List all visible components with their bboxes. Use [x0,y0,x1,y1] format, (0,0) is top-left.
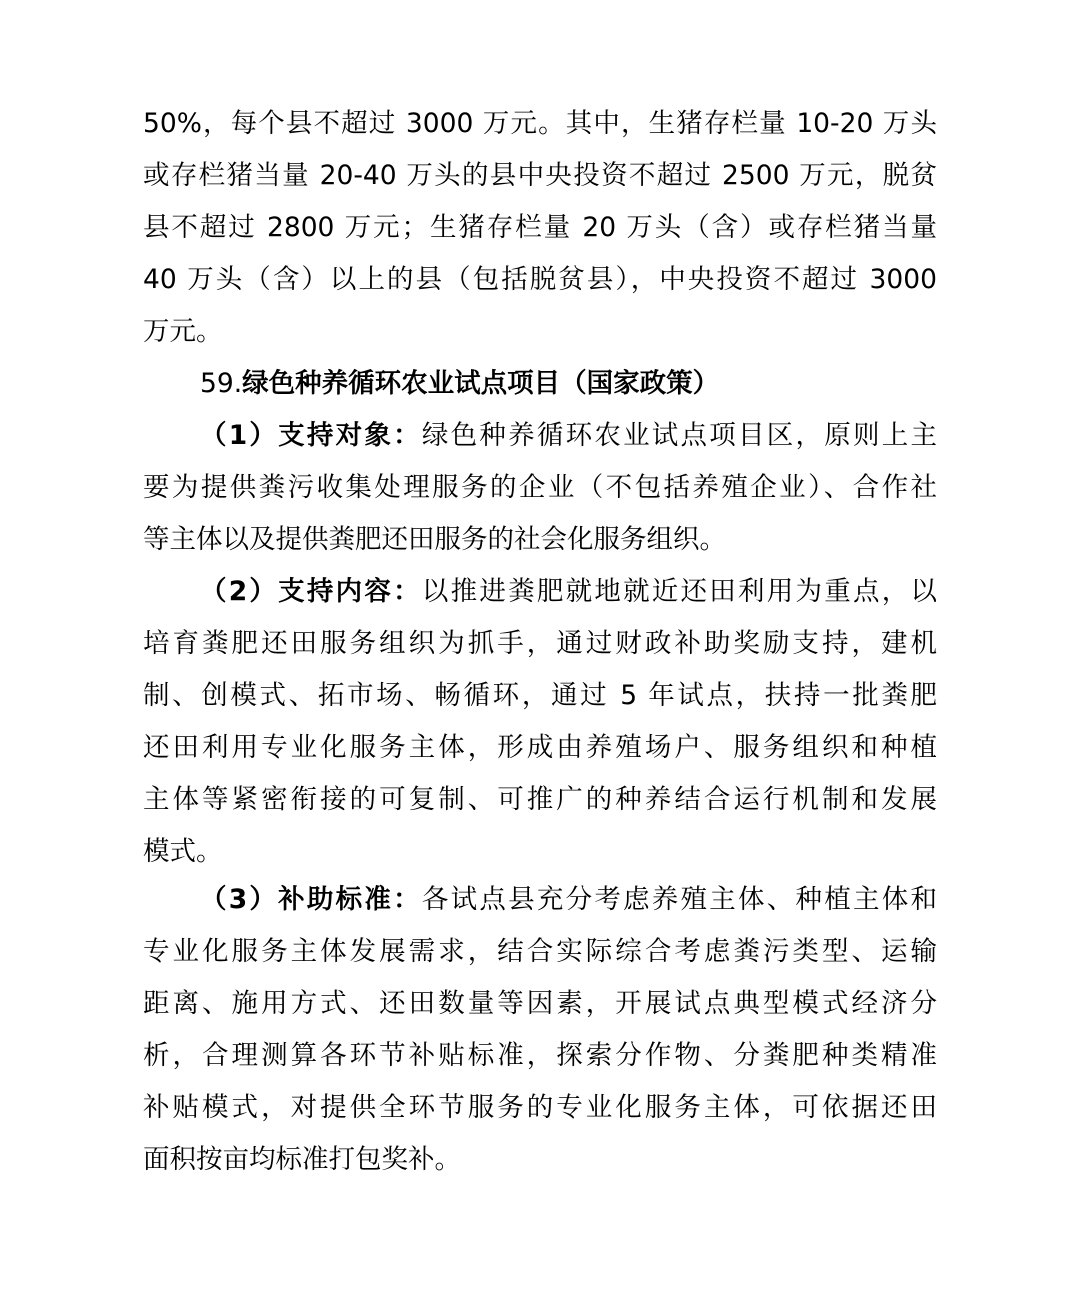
item-1-first-line: （1）支持对象：绿色种养循环农业试点项目区，原则上主 [200,416,937,456]
item-text: 绿色种养循环农业试点项目区，原则上主 [422,420,937,451]
paragraph-line: 距离、施用方式、还田数量等因素，开展试点典型模式经济分 [143,984,937,1024]
item-label: （3）补助标准： [200,884,422,915]
item-text: 以推进粪肥就地就近还田利用为重点，以 [422,576,937,607]
paragraph-line: 析，合理测算各环节补贴标准，探索分作物、分粪肥种类精准 [143,1036,937,1076]
document-page: 50%，每个县不超过 3000 万元。其中，生猪存栏量 10-20 万头 或存栏… [0,0,1068,1296]
item-3-first-line: （3）补助标准：各试点县充分考虑养殖主体、种植主体和 [200,880,937,920]
paragraph-line: 模式。 [143,832,937,872]
paragraph-line: 培育粪肥还田服务组织为抓手，通过财政补助奖励支持，建机 [143,624,937,664]
paragraph-line: 万元。 [143,312,937,352]
paragraph-line: 或存栏猪当量 20-40 万头的县中央投资不超过 2500 万元，脱贫 [143,156,937,196]
paragraph-line: 主体等紧密衔接的可复制、可推广的种养结合运行机制和发展 [143,780,937,820]
paragraph-line: 50%，每个县不超过 3000 万元。其中，生猪存栏量 10-20 万头 [143,104,937,144]
paragraph-line: 还田利用专业化服务主体，形成由养殖场户、服务组织和种植 [143,728,937,768]
paragraph-line: 面积按亩均标准打包奖补。 [143,1140,937,1180]
paragraph-line: 要为提供粪污收集处理服务的企业（不包括养殖企业）、合作社 [143,468,937,508]
paragraph-line: 等主体以及提供粪肥还田服务的社会化服务组织。 [143,520,937,560]
item-label: （1）支持对象： [200,420,422,451]
paragraph-line: 县不超过 2800 万元；生猪存栏量 20 万头（含）或存栏猪当量 [143,208,937,248]
item-2-first-line: （2）支持内容：以推进粪肥就地就近还田利用为重点，以 [200,572,937,612]
item-label: （2）支持内容： [200,576,422,607]
paragraph-line: 补贴模式，对提供全环节服务的专业化服务主体，可依据还田 [143,1088,937,1128]
paragraph-line: 制、创模式、拓市场、畅循环，通过 5 年试点，扶持一批粪肥 [143,676,937,716]
section-heading: 59.绿色种养循环农业试点项目（国家政策） [200,364,937,404]
section-title: 绿色种养循环农业试点项目（国家政策） [242,368,719,399]
paragraph-line: 专业化服务主体发展需求，结合实际综合考虑粪污类型、运输 [143,932,937,972]
section-number: 59. [200,368,242,399]
paragraph-line: 40 万头（含）以上的县（包括脱贫县），中央投资不超过 3000 [143,260,937,300]
item-text: 各试点县充分考虑养殖主体、种植主体和 [422,884,937,915]
